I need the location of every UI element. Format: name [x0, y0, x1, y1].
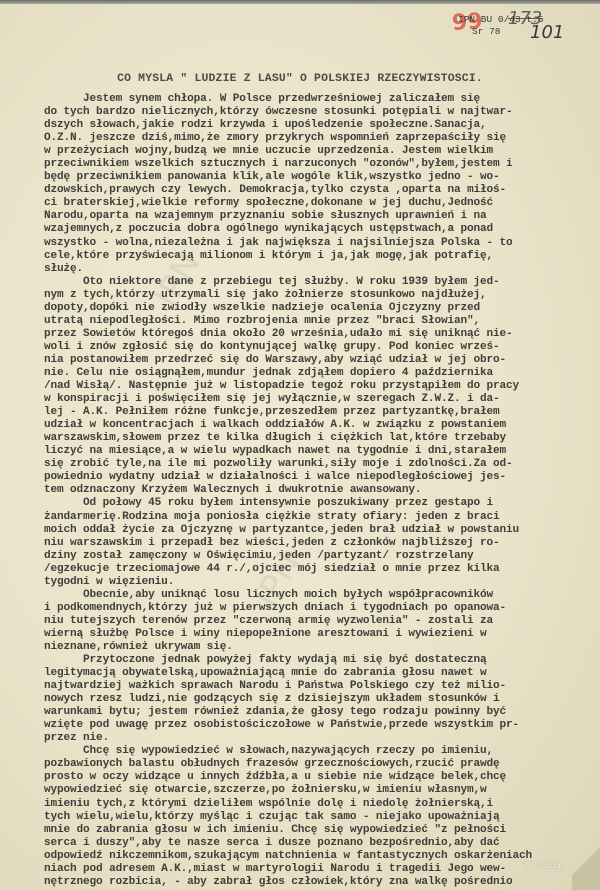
text-line: przeciwnikiem wszelkich sztucznych i nar… — [44, 158, 584, 171]
text-line: Narodu,oparta na wzajemnym przyznaniu so… — [44, 210, 584, 223]
text-line: warszawskim,słowem przez te kilka długic… — [44, 432, 584, 445]
text-line: dopoty,dopóki nie zwiodły wszelkie nadzi… — [44, 302, 584, 315]
text-line: tych wielu,wielu,którzy myśląc i czując … — [44, 811, 584, 824]
text-line: udział w koncentracjach i walkach oddzia… — [44, 419, 584, 432]
text-line: powiednio wydatny udział w działalności … — [44, 471, 584, 484]
page-number: 172/251 — [523, 861, 562, 872]
scanner-edge — [0, 0, 600, 4]
text-line: do tych bardzo nielicznych,którzy ówczes… — [44, 106, 584, 119]
text-line: prosto w oczy widzące u innych źdźbła,a … — [44, 771, 584, 784]
text-line: pozbawionych balastu obłudnych frazesów … — [44, 758, 584, 771]
text-line: imieniu tych,z którymi dzieliłem wspólni… — [44, 798, 584, 811]
document-title: CO MYSLA " LUDZIE Z LASU" O POLSKIEJ RZE… — [0, 73, 600, 85]
text-line: warunkami bytu; jestem również zdania,że… — [44, 706, 584, 719]
page-corner — [572, 832, 600, 890]
text-line: tygodni w więzieniu. — [44, 576, 584, 589]
text-line: wypowiedzieć się otwarcie,szczerze,po żo… — [44, 784, 584, 797]
text-line: niu warszawskim i przepadł bez wieści,je… — [44, 537, 584, 550]
archive-signature-line2: Sr 78 — [458, 26, 544, 38]
text-line: najtwardziej ważkich sprawach Narodu i P… — [44, 680, 584, 693]
text-line: wzajemnych,z poczucia dobra ogólnego wyn… — [44, 223, 584, 236]
archive-signature: IPN BU 0/43 t.5 Sr 78 — [458, 14, 544, 38]
text-line: wierną służbę Polsce i winy niepopełnion… — [44, 628, 584, 641]
text-line: wszystko - wolna,niezależna i jak najwię… — [44, 237, 584, 250]
text-line: tem odznaczony Krzyżem Walecznych i dwuk… — [44, 484, 584, 497]
text-line: /nad Wisłą/. Następnie już w listopadzie… — [44, 380, 584, 393]
text-line: Przytoczone jednak powyżej fakty wydają … — [44, 654, 584, 667]
text-line: dszych słowach,jakie rodzi krzywda i upo… — [44, 119, 584, 132]
text-line: służę. — [44, 263, 584, 276]
text-line: mnie do zabrania głosu w ich imieniu. Ch… — [44, 824, 584, 837]
text-line: odpowiedź nikczemnikom,szukającym natchn… — [44, 850, 584, 863]
text-line: serca i duszy",aby te nasze serca i dusz… — [44, 837, 584, 850]
text-line: Jestem synem chłopa. W Polsce przedwrześ… — [44, 93, 584, 106]
text-line: w przeżyciach wojny,budzą we mnie uczuci… — [44, 145, 584, 158]
text-line: niach pod adresem A.K.,miast w martyrolo… — [44, 863, 584, 876]
document-body: Jestem synem chłopa. W Polsce przedwrześ… — [44, 93, 584, 889]
text-line: żandarmerię.Rodzina moja poniosła ciężki… — [44, 511, 584, 524]
text-line: O.Z.N. jeszcze dziś,mimo,że zmory przykr… — [44, 132, 584, 145]
text-line: ci braterskiej,wielkie reformy społeczne… — [44, 197, 584, 210]
text-line: nowych rzesz ludzi,nie godzących się z d… — [44, 693, 584, 706]
text-line: dziny został zamęczony w Oświęcimiu,jede… — [44, 550, 584, 563]
text-line: moich oddał życie za Ojczyznę w partyzan… — [44, 524, 584, 537]
text-line: nym z tych,którzy utrzymali się jako żoł… — [44, 289, 584, 302]
text-line: utratą niepodległości. Mimo rozbrojenia … — [44, 315, 584, 328]
text-line: się zrobić tyle,na ile mi pozwoliły waru… — [44, 458, 584, 471]
text-line: woli i znów zgłosić się do kontynującej … — [44, 341, 584, 354]
text-line: przez Sowietów któregoś dnia około 20 wr… — [44, 328, 584, 341]
text-line: przez nie. — [44, 732, 584, 745]
text-line: legitymacją obywatelską,upoważniającą mn… — [44, 667, 584, 680]
text-line: nie. Celu nie osiągnąłem,mundur jednak z… — [44, 367, 584, 380]
archive-signature-line1: IPN BU 0/43 t.5 — [458, 14, 544, 25]
text-line: i podkomendnych,którzy już w pierwszych … — [44, 602, 584, 615]
text-line: wzięte pod uwagę przez osobistościczołow… — [44, 719, 584, 732]
text-line: liczyć na miesiące,a w wielu wypadkach n… — [44, 445, 584, 458]
text-line: niu tutejszych terenów przez "czerwoną a… — [44, 615, 584, 628]
text-line: /egzekucje trzeciomajowe 44 r./,ojciec m… — [44, 563, 584, 576]
text-line: będę przeciwnikiem panowania klik,ale wo… — [44, 171, 584, 184]
document-page: IPN IPN 99 173 101 IPN BU 0/43 t.5 Sr 78… — [0, 0, 600, 890]
text-line: nia postanowiłem przedrzeć się do Warsza… — [44, 354, 584, 367]
text-line: cele,które przyświecają milionom i który… — [44, 250, 584, 263]
text-line: Obecnie,aby uniknąć losu licznych moich … — [44, 589, 584, 602]
text-line: nieznane,również ukrywam się. — [44, 641, 584, 654]
text-line: Od połowy 45 roku byłem intensywnie posz… — [44, 497, 584, 510]
text-line: Oto niektore dane z przebiegu tej służby… — [44, 276, 584, 289]
text-line: lej - A.K. Pełniłem różne funkcje,przesz… — [44, 406, 584, 419]
text-line: Chcę się wypowiedzieć w słowach,nazywają… — [44, 745, 584, 758]
text-line: nętrznego rozbicia, - aby zabrał głos cz… — [44, 876, 584, 889]
text-line: dzowskich,prawych czy lewych. Demokracja… — [44, 184, 584, 197]
text-line: w konspiracji i poświęciłem się jej wyłą… — [44, 393, 584, 406]
